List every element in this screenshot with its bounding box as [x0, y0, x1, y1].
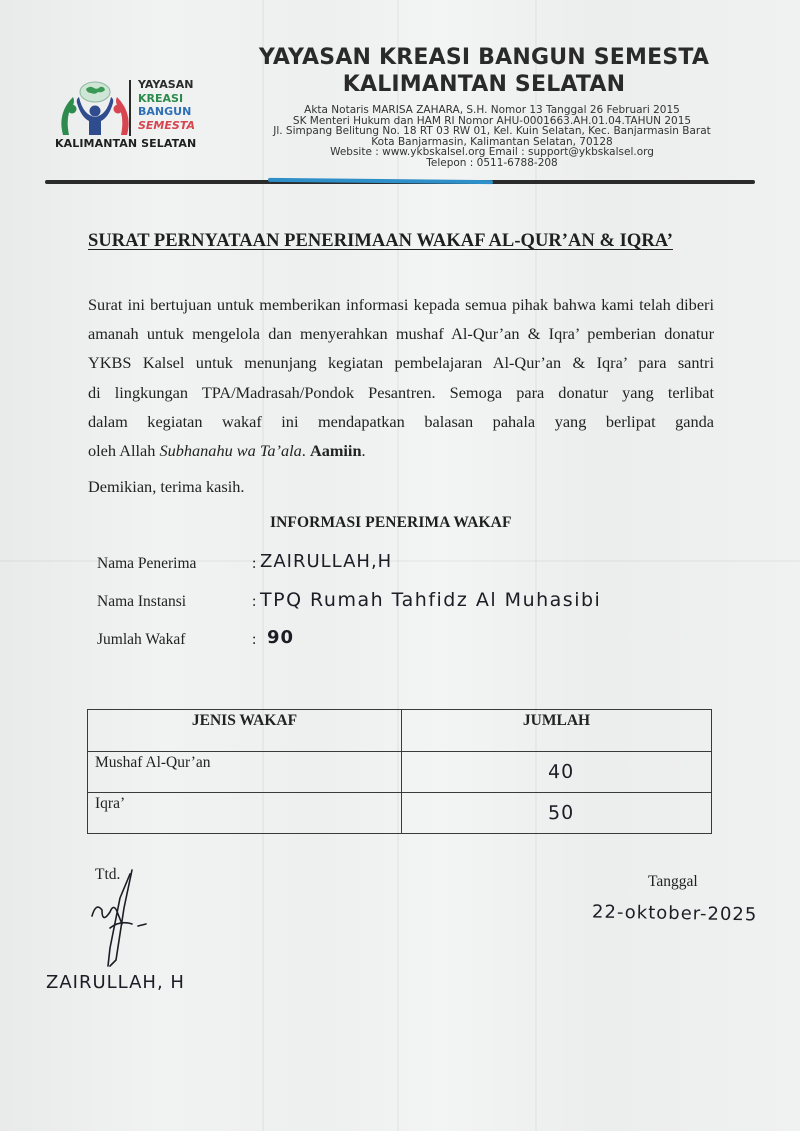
- logo-word: KREASI: [138, 92, 195, 106]
- italic-text: Subhanahu wa Ta’ala: [159, 441, 301, 460]
- text: oleh Allah: [88, 441, 159, 460]
- column-header-type: JENIS WAKAF: [88, 710, 402, 752]
- document-title: SURAT PERNYATAAN PENERIMAAN WAKAF AL-QUR…: [88, 231, 714, 252]
- institution-name-value: TPQ Rumah Tahfidz Al Muhasibi: [260, 589, 601, 611]
- paragraph-line: amanah untuk mengelola dan menyerahkan m…: [88, 319, 714, 348]
- logo-word: SEMESTA: [138, 119, 195, 133]
- paper-fold: [397, 0, 399, 1131]
- meta-notary: Akta Notaris MARISA ZAHARA, S.H. Nomor 1…: [252, 105, 732, 116]
- paragraph-line: di lingkungan TPA/Madrasah/Pondok Pesant…: [88, 378, 714, 407]
- handwritten-signature-icon: [80, 868, 170, 970]
- wakaf-amount-cell: 40: [402, 752, 712, 793]
- field-colon: :: [252, 555, 256, 573]
- text: .: [302, 441, 310, 460]
- column-header-amount: JUMLAH: [402, 710, 712, 752]
- logo-divider: [129, 80, 131, 136]
- ykbs-logo-globe-people-icon: [55, 75, 135, 137]
- bold-text: Aamiin: [310, 441, 362, 460]
- organization-title-line: KALIMANTAN SELATAN: [214, 71, 754, 98]
- table-row: Mushaf Al-Qur’an 40: [88, 752, 712, 793]
- organization-title-line: YAYASAN KREASI BANGUN SEMESTA: [214, 44, 754, 71]
- wakaf-amount-value: 50: [548, 802, 575, 824]
- field-label: Nama Penerima: [97, 555, 247, 573]
- field-label: Jumlah Wakaf: [97, 631, 247, 649]
- recipient-info-heading: INFORMASI PENERIMA WAKAF: [270, 514, 512, 532]
- text: .: [362, 441, 366, 460]
- table-row: Iqra’ 50: [88, 793, 712, 834]
- field-colon: :: [252, 593, 256, 611]
- wakaf-table: JENIS WAKAF JUMLAH Mushaf Al-Qur’an 40 I…: [87, 709, 712, 834]
- organization-details: Akta Notaris MARISA ZAHARA, S.H. Nomor 1…: [252, 105, 732, 169]
- paragraph-line-last: oleh Allah Subhanahu wa Ta’ala. Aamiin.: [88, 436, 714, 465]
- meta-phone: Telepon : 0511-6788-208: [252, 158, 732, 169]
- paragraph-line: YKBS Kalsel untuk menunjang kegiatan pem…: [88, 348, 714, 377]
- table-header-row: JENIS WAKAF JUMLAH: [88, 710, 712, 752]
- wakaf-amount-value: 40: [548, 761, 575, 783]
- statement-paragraph: Surat ini bertujuan untuk memberikan inf…: [88, 290, 714, 465]
- field-colon: :: [252, 631, 256, 649]
- organization-title: YAYASAN KREASI BANGUN SEMESTA KALIMANTAN…: [214, 44, 754, 98]
- logo-region: KALIMANTAN SELATAN: [55, 137, 196, 150]
- date-label: Tanggal: [648, 873, 698, 891]
- closing-text: Demikian, terima kasih.: [88, 477, 244, 497]
- wakaf-total-value: 90: [267, 627, 294, 648]
- date-value: 22-oktober-2025: [592, 902, 758, 926]
- wakaf-amount-cell: 50: [402, 793, 712, 834]
- wakaf-type-cell: Iqra’: [88, 793, 402, 834]
- signer-name: ZAIRULLAH, H: [46, 972, 185, 993]
- logo-wordmark: YAYASAN KREASI BANGUN SEMESTA: [138, 78, 195, 132]
- wakaf-type-cell: Mushaf Al-Qur’an: [88, 752, 402, 793]
- paragraph-line: dalam kegiatan wakaf ini mendapatkan bal…: [88, 407, 714, 436]
- logo-word: BANGUN: [138, 105, 195, 119]
- logo-word: YAYASAN: [138, 78, 195, 92]
- paper-fold: [535, 0, 537, 1131]
- field-label: Nama Instansi: [97, 593, 247, 611]
- recipient-name-value: ZAIRULLAH,H: [260, 551, 392, 572]
- paragraph-line: Surat ini bertujuan untuk memberikan inf…: [88, 290, 714, 319]
